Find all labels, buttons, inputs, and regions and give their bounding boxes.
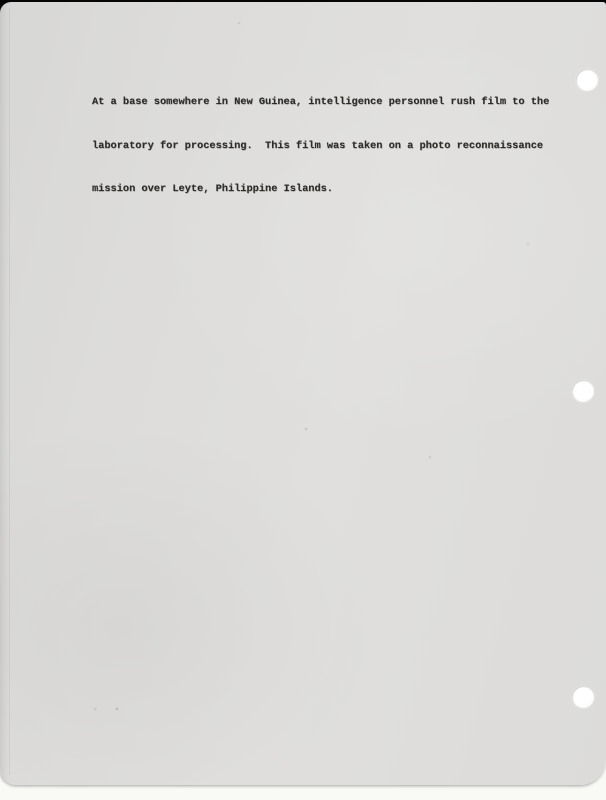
punch-hole-bottom: [572, 686, 594, 708]
punch-hole-middle: [572, 380, 594, 402]
punch-hole-top: [576, 69, 598, 91]
caption-line-3: mission over Leyte, Philippine Islands.: [92, 182, 562, 197]
scan-background: At a base somewhere in New Guinea, intel…: [0, 0, 606, 800]
caption-text: At a base somewhere in New Guinea, intel…: [92, 66, 562, 226]
caption-line-2: laboratory for processing. This film was…: [92, 139, 562, 154]
document-page: At a base somewhere in New Guinea, intel…: [0, 2, 606, 785]
caption-line-1: At a base somewhere in New Guinea, intel…: [92, 95, 562, 110]
